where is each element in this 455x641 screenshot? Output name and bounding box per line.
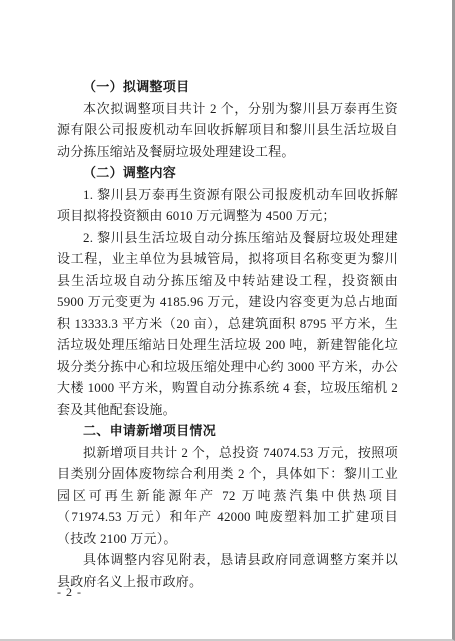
paragraph-proposed-projects: 本次拟调整项目共计 2 个，分别为黎川县万泰再生资源有限公司报废机动车回收拆解项… [57, 98, 398, 163]
document-page: （一）拟调整项目 本次拟调整项目共计 2 个，分别为黎川县万泰再生资源有限公司报… [0, 0, 455, 641]
paragraph-adjustment-item-2: 2. 黎川县生活垃圾自动分拣压缩站及餐厨垃圾处理建设工程，业主单位为县城管局，拟… [57, 227, 398, 421]
paragraph-adjustment-item-1: 1. 黎川县万泰再生资源有限公司报废机动车回收拆解项目拟将投资额由 6010 万… [57, 184, 398, 227]
paragraph-new-projects-detail: 拟新增项目共计 2 个，总投资 74074.53 万元，按照项目类别分固体废物综… [57, 442, 398, 550]
section-heading-adjustment-content: （二）调整内容 [57, 162, 398, 184]
paragraph-closing-request: 具体调整内容见附表，恳请县政府同意调整方案并以县政府名义上报市政府。 [57, 549, 398, 592]
section-heading-proposed-adjustment: （一）拟调整项目 [57, 76, 398, 98]
section-heading-new-projects: 二、申请新增项目情况 [57, 420, 398, 442]
document-body: （一）拟调整项目 本次拟调整项目共计 2 个，分别为黎川县万泰再生资源有限公司报… [57, 76, 398, 592]
page-number: - 2 - [57, 585, 82, 600]
